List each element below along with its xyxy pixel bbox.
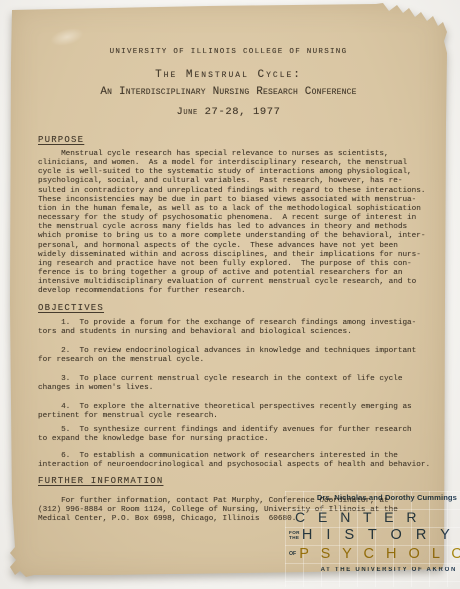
stamp-the-word: THE xyxy=(289,535,300,540)
purpose-paragraph: Menstrual cycle research has special rel… xyxy=(38,150,438,297)
document-title-line2: An Interdisciplinary Nursing Research Co… xyxy=(8,86,449,98)
institution-line: UNIVERSITY OF ILLINOIS COLLEGE OF NURSIN… xyxy=(8,48,449,56)
objective-item-3: 3. To place current menstrual cycle rese… xyxy=(38,375,438,393)
further-information-heading: FURTHER INFORMATION xyxy=(38,476,163,486)
stamp-history-word: H I S T O R Y xyxy=(302,526,455,544)
scanned-document: UNIVERSITY OF ILLINOIS COLLEGE OF NURSIN… xyxy=(0,0,460,589)
objective-item-6: 6. To establish a communication network … xyxy=(38,452,438,470)
purpose-heading: PURPOSE xyxy=(38,135,84,145)
objective-item-4: 4. To explore the alternative theoretica… xyxy=(38,403,438,421)
stamp-owner-line: Drs. Nicholas and Dorothy Cummings xyxy=(289,493,457,502)
objectives-heading: OBJECTIVES xyxy=(38,303,104,313)
stamp-of-word: OF xyxy=(289,544,296,564)
stamp-university-tagline: AT THE UNIVERSITY OF AKRON xyxy=(289,567,457,573)
objective-item-2: 2. To review endocrinological advances i… xyxy=(38,347,438,365)
stamp-history-row: FOR THE H I S T O R Y xyxy=(289,526,457,544)
archive-watermark-stamp: Drs. Nicholas and Dorothy Cummings C E N… xyxy=(289,493,457,585)
stamp-psychology-row: OF P S Y C H O L O G Y xyxy=(289,544,457,564)
objective-item-5: 5. To synthesize current findings and id… xyxy=(38,426,438,444)
stamp-psychology-word: P S Y C H O L O G Y xyxy=(299,544,460,564)
stamp-center-word: C E N T E R xyxy=(295,509,457,526)
stamp-for-the-stack: FOR THE xyxy=(289,530,300,540)
objective-item-1: 1. To provide a forum for the exchange o… xyxy=(38,319,438,337)
conference-date: June 27-28, 1977 xyxy=(8,106,449,118)
document-title-line1: The Menstrual Cycle: xyxy=(8,69,449,81)
